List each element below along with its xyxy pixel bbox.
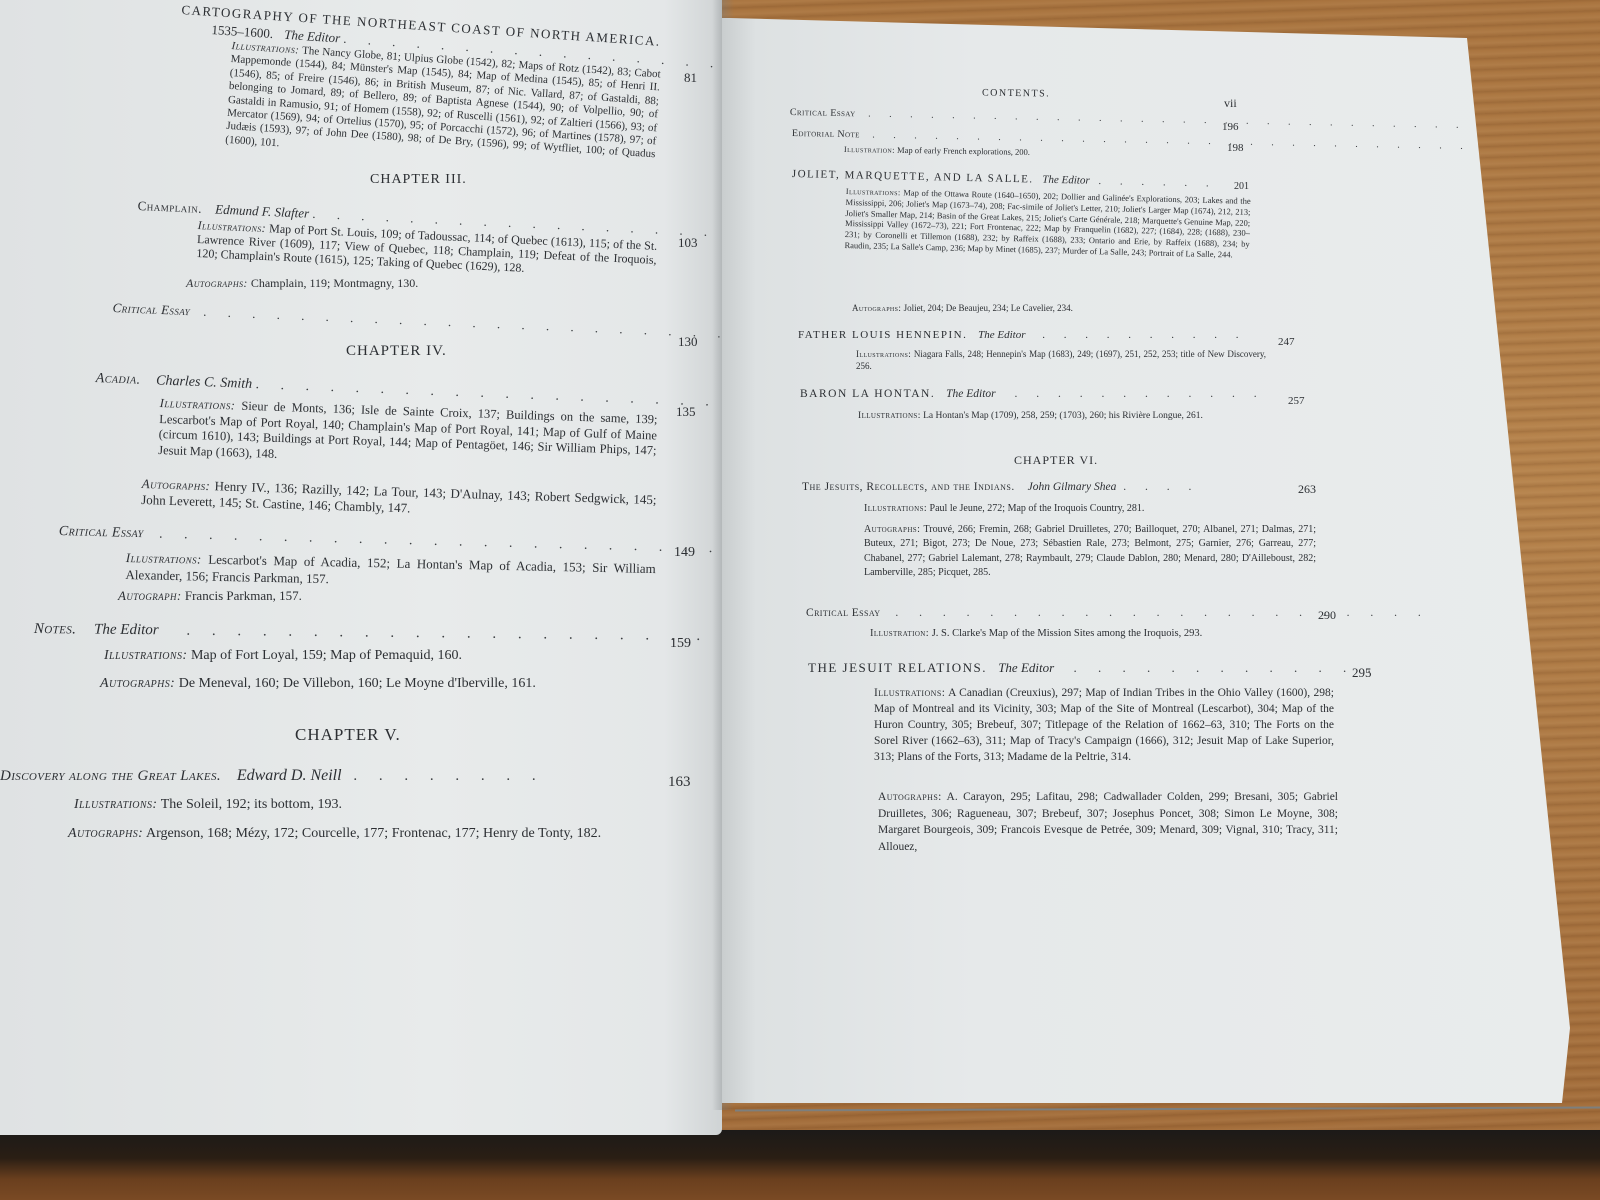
illustration-label: Illustration:: [870, 628, 929, 639]
critical-essay-title: Critical Essay: [806, 607, 880, 619]
great-lakes-title: Discovery along the Great Lakes.: [0, 768, 221, 784]
critical-essay-title: Critical Essay: [790, 107, 856, 119]
relations-illustrations: Illustrations: A Canadian (Creuxius), 29…: [874, 685, 1334, 765]
hennepin-entry: FATHER LOUIS HENNEPIN. The Editor . . . …: [798, 329, 1247, 341]
autographs-text: De Meneval, 160; De Villebon, 160; Le Mo…: [179, 676, 536, 691]
chapter-3-heading: CHAPTER III.: [370, 172, 467, 188]
hennepin-title: FATHER LOUIS HENNEPIN.: [798, 329, 967, 341]
book-cover-edge: [0, 1130, 1600, 1200]
left-page-content: CARTOGRAPHY OF THE NORTHEAST COAST OF NO…: [0, 0, 722, 1135]
illustration-text: J. S. Clarke's Map of the Mission Sites …: [932, 628, 1203, 639]
chapter-6-heading: CHAPTER VI.: [1014, 453, 1098, 468]
hontan-title: BARON LA HONTAN.: [800, 388, 935, 400]
illustrations-text: Paul le Jeune, 272; Map of the Iroquois …: [930, 503, 1145, 514]
dot-leader: . . . . . . . . . . . . .: [1073, 660, 1379, 675]
illustrations-text: Map of Fort Loyal, 159; Map of Pemaquid,…: [191, 648, 462, 663]
dot-leader: . . . . . . . . . . . .: [1014, 388, 1264, 400]
cartography-author: The Editor: [284, 27, 341, 46]
hontan-entry: BARON LA HONTAN. The Editor . . . . . . …: [800, 388, 1265, 400]
editorial-note-illustration: Illustration: Map of early French explor…: [844, 144, 1030, 157]
folio: vii: [1224, 96, 1237, 111]
editorial-note-page-number: 198: [1227, 142, 1244, 154]
illustration-text: Map of early French explorations, 200.: [897, 145, 1030, 157]
illustrations-label: Illustrations:: [104, 648, 187, 663]
critical-essay-page-number: 196: [1222, 121, 1239, 133]
great-lakes-page-number: 163: [668, 774, 691, 791]
jesuits-autographs: Autographs: Trouvé, 266; Fremin, 268; Ga…: [864, 523, 1316, 580]
autographs-label: Autographs:: [142, 476, 211, 493]
jesuits-entry: The Jesuits, Recollects, and the Indians…: [802, 481, 1199, 493]
illustrations-label: Illustrations:: [74, 797, 157, 812]
acadia-author: Charles C. Smith: [156, 373, 253, 392]
autographs-label: Autographs:: [186, 276, 248, 290]
great-lakes-entry: Discovery along the Great Lakes. Edward …: [0, 767, 545, 785]
hennepin-author: The Editor: [978, 329, 1025, 341]
notes-illustrations: Illustrations: Map of Fort Loyal, 159; M…: [104, 648, 462, 664]
great-lakes-author: Edward D. Neill: [237, 767, 342, 784]
autographs-label: Autographs:: [878, 791, 942, 803]
illustrations-label: Illustrations:: [864, 503, 927, 514]
illustrations-label: Illustrations:: [126, 550, 202, 567]
critical-essay-page-number: 130: [678, 334, 698, 350]
autographs-text: Joliet, 204; De Beaujeu, 234; Le Cavelie…: [904, 303, 1073, 313]
autograph-label: Autograph:: [118, 588, 182, 603]
cartography-page-number: 81: [684, 70, 697, 86]
dot-leader: . . . . . .: [1098, 175, 1216, 190]
relations-page-number: 295: [1352, 665, 1372, 681]
joliet-author: The Editor: [1042, 174, 1090, 187]
joliet-page-number: 201: [1234, 181, 1249, 192]
critical-essay-page-number: 149: [674, 545, 695, 561]
illustrations-label: Illustrations:: [846, 186, 901, 197]
relations-autographs: Autographs: A. Carayon, 295; Lafitau, 29…: [878, 789, 1338, 855]
joliet-title: JOLIET, MARQUETTE, AND LA SALLE.: [792, 168, 1034, 185]
champlain-author: Edmund F. Slafter: [215, 202, 310, 221]
autographs-text: Champlain, 119; Montmagny, 130.: [251, 276, 418, 290]
critical-essay-entry: Critical Essay . . . . . . . . . . . . .…: [790, 107, 1488, 131]
acadia-page-number: 135: [676, 404, 696, 420]
acadia-title: Acadia.: [95, 371, 141, 388]
notes-page-number: 159: [670, 636, 691, 652]
autographs-label: Autographs:: [100, 676, 175, 691]
acadia-essay-autograph: Autograph: Francis Parkman, 157.: [118, 588, 302, 604]
hennepin-illustrations: Illustrations: Niagara Falls, 248; Henne…: [856, 348, 1266, 372]
autographs-text: A. Carayon, 295; Lafitau, 298; Cadwallad…: [878, 791, 1338, 853]
jesuits-page-number: 263: [1298, 482, 1316, 497]
dot-leader: . . . . . . . . . . . . . . . . . . . . …: [186, 623, 722, 647]
notes-autographs: Autographs: De Meneval, 160; De Villebon…: [100, 676, 536, 692]
autographs-text: Argenson, 168; Mézy, 172; Courcelle, 177…: [146, 826, 601, 841]
autographs-text: Trouvé, 266; Fremin, 268; Gabriel Druill…: [864, 524, 1316, 578]
relations-author: The Editor: [998, 660, 1054, 675]
jesuits-author: John Gilmary Shea: [1028, 481, 1117, 493]
right-page-content: CONTENTS. vii Critical Essay . . . . . .…: [722, 18, 1572, 1103]
illustrations-text: Lescarbot's Map of Acadia, 152; La Honta…: [125, 552, 656, 587]
right-page: CONTENTS. vii Critical Essay . . . . . .…: [722, 18, 1572, 1103]
dot-leader: . . . . . . . . . . . . . . . . . . . . …: [895, 607, 1429, 619]
autographs-label: Autographs:: [852, 303, 901, 313]
illustrations-label: Illustrations:: [856, 349, 911, 359]
illustrations-text: La Hontan's Map (1709), 258, 259; (1703)…: [923, 411, 1203, 421]
hontan-page-number: 257: [1288, 395, 1305, 407]
hontan-author: The Editor: [946, 388, 996, 400]
champlain-autographs: Autographs: Champlain, 119; Montmagny, 1…: [186, 276, 418, 291]
running-head: CONTENTS.: [982, 88, 1050, 100]
joliet-illustrations: Illustrations: Map of the Ottawa Route (…: [844, 186, 1250, 261]
great-lakes-illustrations: Illustrations: The Soleil, 192; its bott…: [74, 797, 342, 813]
illustrations-text: Map of the Ottawa Route (1640–1650), 202…: [844, 187, 1250, 259]
illustrations-label: Illustrations:: [858, 411, 921, 421]
relations-title: THE JESUIT RELATIONS.: [808, 660, 987, 675]
editorial-note-title: Editorial Note: [792, 128, 860, 140]
notes-entry: Notes. The Editor . . . . . . . . . . . …: [34, 621, 722, 647]
jesuits-essay-illustration: Illustration: J. S. Clarke's Map of the …: [870, 628, 1202, 639]
critical-essay-title: Critical Essay: [112, 300, 190, 318]
illustrations-label: Illustrations:: [160, 396, 236, 412]
relations-entry: THE JESUIT RELATIONS. The Editor . . . .…: [808, 660, 1380, 676]
illustrations-text: The Soleil, 192; its bottom, 193.: [161, 797, 342, 812]
joliet-autographs: Autographs: Joliet, 204; De Beaujeu, 234…: [852, 303, 1073, 313]
jesuits-illustrations: Illustrations: Paul le Jeune, 272; Map o…: [864, 503, 1144, 514]
left-page: CARTOGRAPHY OF THE NORTHEAST COAST OF NO…: [0, 0, 722, 1135]
dot-leader: . . . . . . . . . . . . . . . . . . . . …: [868, 109, 1488, 132]
illustrations-label: Illustrations:: [874, 687, 945, 699]
great-lakes-autographs: Autographs: Argenson, 168; Mézy, 172; Co…: [68, 822, 652, 845]
jesuits-title: The Jesuits, Recollects, and the Indians…: [802, 481, 1015, 493]
notes-title: Notes.: [34, 621, 77, 637]
champlain-page-number: 103: [678, 235, 698, 251]
illustrations-text: Niagara Falls, 248; Hennepin's Map (1683…: [856, 349, 1266, 371]
chapter-5-heading: CHAPTER V.: [295, 725, 401, 745]
acadia-illustrations: Illustrations: Sieur de Monts, 136; Isle…: [158, 396, 658, 474]
cartography-years: 1535–1600.: [211, 22, 274, 41]
hennepin-page-number: 247: [1278, 336, 1295, 348]
dot-leader: . . . .: [1123, 481, 1199, 493]
chapter-4-heading: CHAPTER IV.: [346, 343, 447, 360]
illustration-label: Illustration:: [844, 144, 895, 155]
autographs-label: Autographs:: [864, 524, 920, 535]
jesuits-critical-essay: Critical Essay . . . . . . . . . . . . .…: [806, 607, 1430, 619]
jesuits-critical-essay-page-number: 290: [1318, 608, 1336, 623]
autographs-label: Autographs:: [68, 826, 143, 841]
notes-author: The Editor: [94, 622, 159, 639]
dot-leader: . . . . . . . . . .: [1042, 329, 1246, 341]
critical-essay-title: Critical Essay: [59, 524, 144, 541]
acadia-autographs: Autographs: Henry IV., 136; Razilly, 142…: [141, 476, 657, 524]
champlain-title: Champlain.: [137, 198, 202, 216]
dot-leader: . . . . . . . . . . . . . . . . . . . . …: [203, 304, 722, 349]
dot-leader: . . . . . . . .: [353, 768, 544, 784]
hontan-illustrations: Illustrations: La Hontan's Map (1709), 2…: [858, 410, 1280, 423]
autograph-text: Francis Parkman, 157.: [185, 588, 302, 603]
autographs-text: Henry IV., 136; Razilly, 142; La Tour, 1…: [141, 478, 657, 515]
